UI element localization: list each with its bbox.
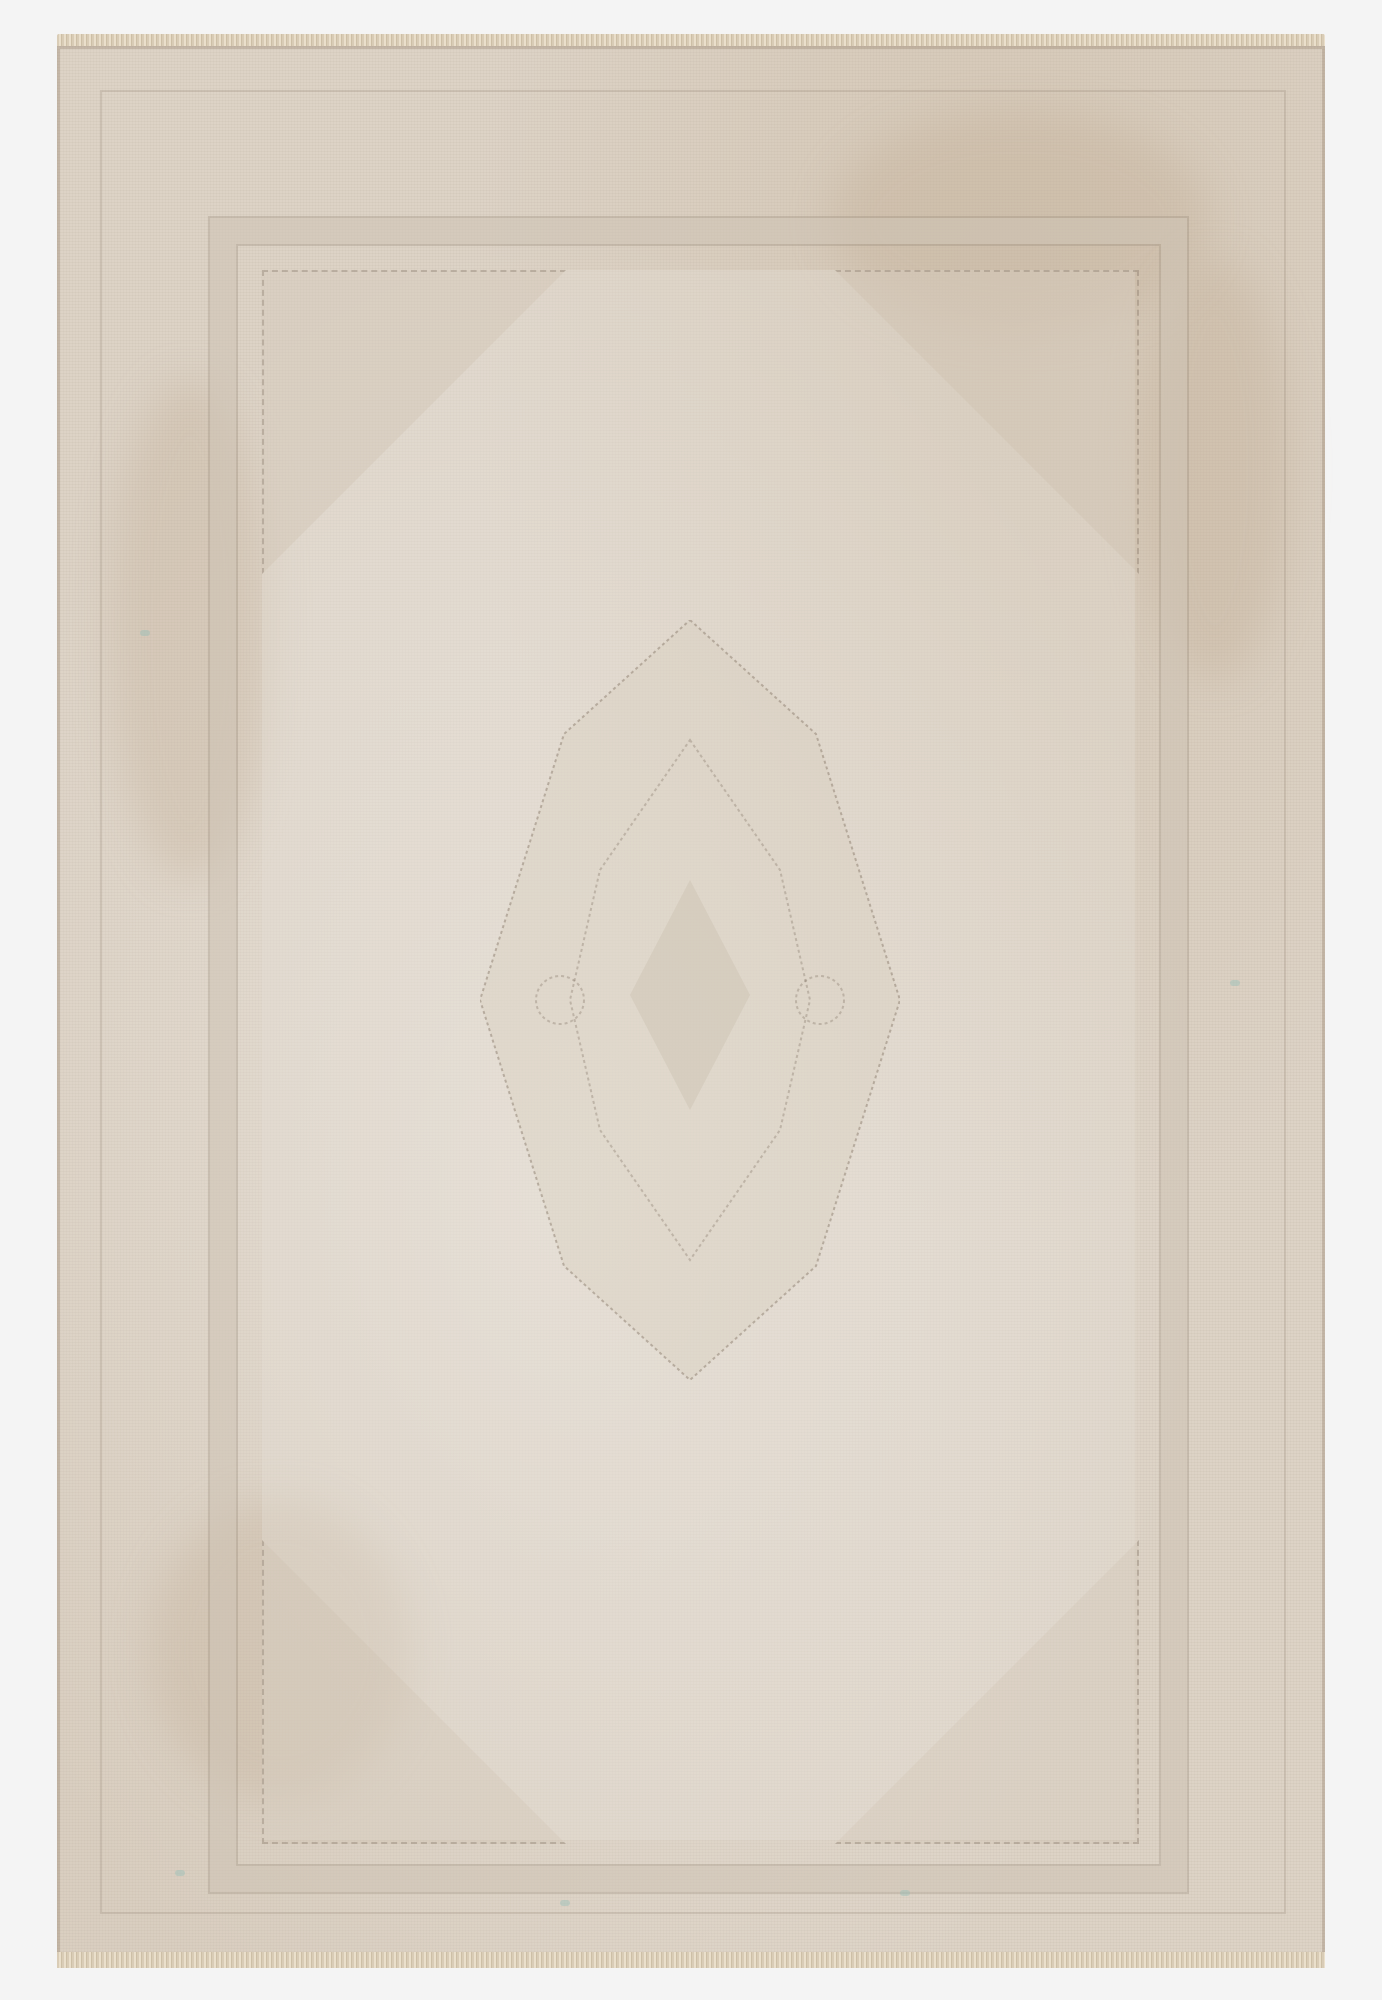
teal-fleck <box>140 630 150 636</box>
rug-fringe-bottom <box>57 1952 1325 1968</box>
teal-fleck <box>560 1900 570 1906</box>
teal-fleck <box>900 1890 910 1896</box>
teal-fleck <box>1230 980 1240 986</box>
teal-fleck <box>175 1870 185 1876</box>
